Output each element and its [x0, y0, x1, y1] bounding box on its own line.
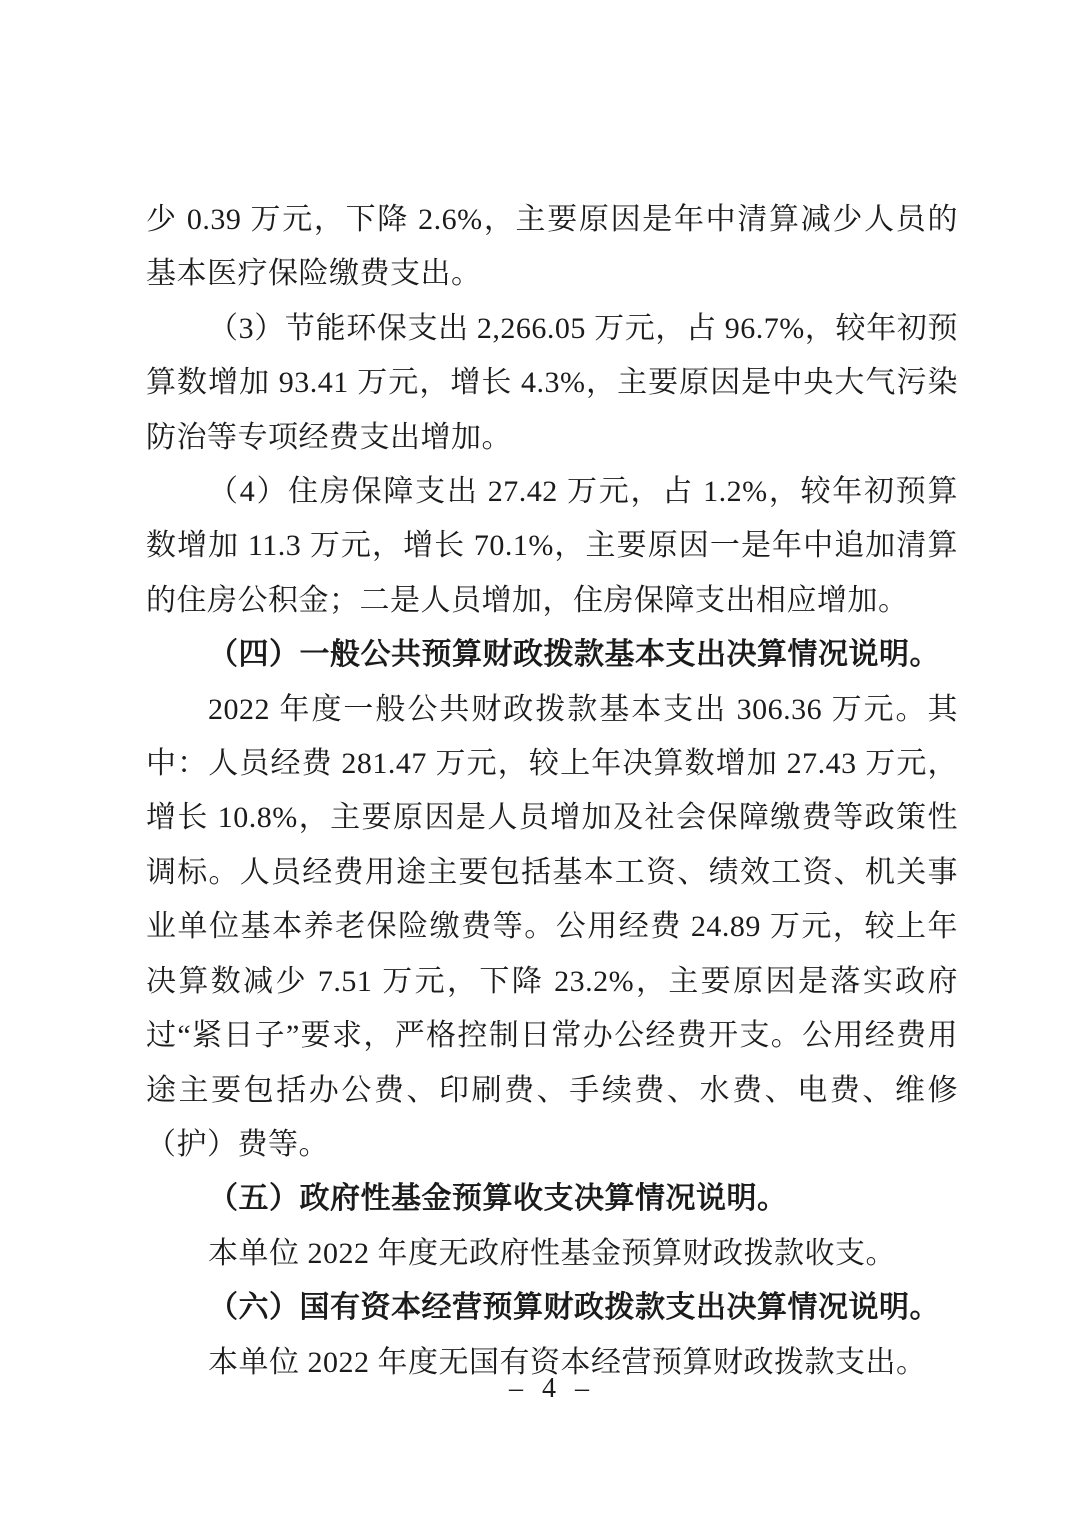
paragraph-section-five-body: 本单位 2022 年度无政府性基金预算财政拨款收支。: [146, 1227, 958, 1281]
page-number: – 4 –: [146, 1372, 958, 1406]
paragraph-item-3-energy-conservation: （3）节能环保支出 2,266.05 万元，占 96.7%，较年初预算数增加 9…: [146, 302, 958, 465]
document-page: 少 0.39 万元，下降 2.6%，主要原因是年中清算减少人员的基本医疗保险缴费…: [0, 0, 1074, 1520]
heading-section-five: （五）政府性基金预算收支决算情况说明。: [146, 1172, 958, 1226]
document-body: 少 0.39 万元，下降 2.6%，主要原因是年中清算减少人员的基本医疗保险缴费…: [146, 193, 958, 1390]
paragraph-section-four-body: 2022 年度一般公共财政拨款基本支出 306.36 万元。其中：人员经费 28…: [146, 683, 958, 1173]
heading-section-six: （六）国有资本经营预算财政拨款支出决算情况说明。: [146, 1281, 958, 1335]
paragraph-continuation: 少 0.39 万元，下降 2.6%，主要原因是年中清算减少人员的基本医疗保险缴费…: [146, 193, 958, 302]
paragraph-item-4-housing-security: （4）住房保障支出 27.42 万元，占 1.2%，较年初预算数增加 11.3 …: [146, 465, 958, 628]
heading-section-four: （四）一般公共预算财政拨款基本支出决算情况说明。: [146, 628, 958, 682]
